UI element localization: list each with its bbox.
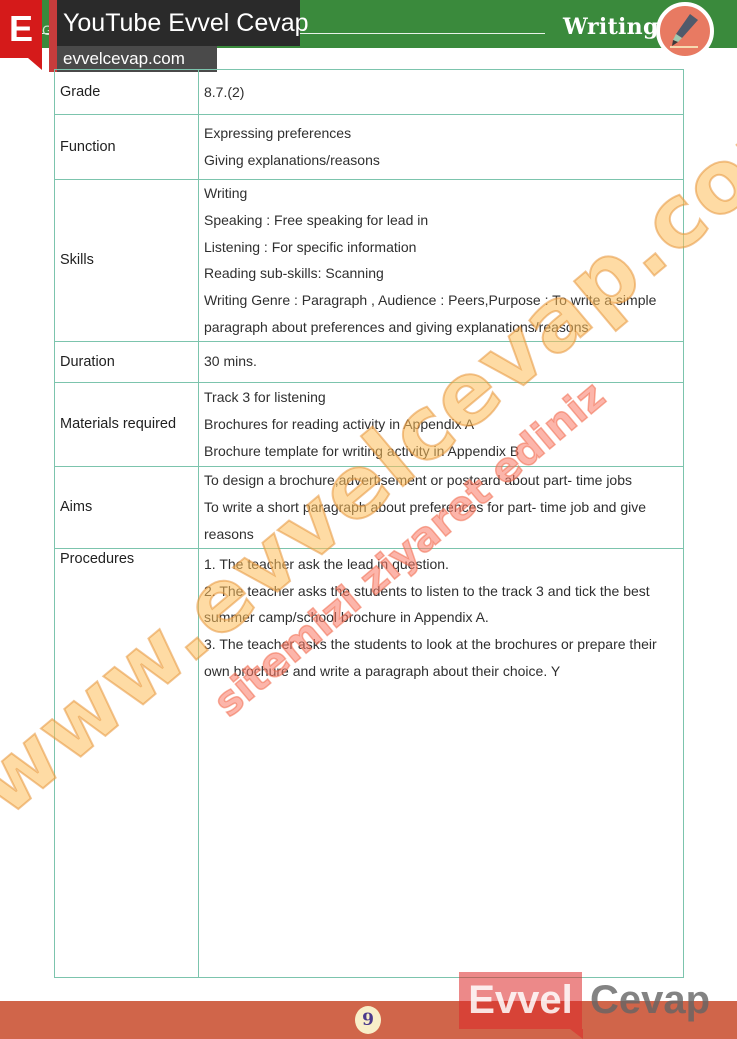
value-line: Track 3 for listening [204,384,678,411]
value-line: 30 mins. [204,348,678,375]
lesson-plan-table: Grade8.7.(2)FunctionExpressing preferenc… [54,69,684,978]
value-line: Brochure template for writing activity i… [204,438,678,465]
value-line: Reading sub-skills: Scanning [204,260,678,287]
value-line: 8.7.(2) [204,79,678,106]
row-label-procedures: Procedures [55,548,199,977]
table-row: Grade8.7.(2) [55,70,684,115]
brand-logo: E [0,0,42,58]
page-number: 9 [355,1006,381,1034]
row-value-function: Expressing preferencesGiving explanation… [199,115,684,180]
value-line: To design a brochure,advertisement or po… [204,467,678,494]
value-line: Giving explanations/reasons [204,147,678,174]
table-row: Procedures1. The teacher ask the lead in… [55,548,684,977]
row-value-procedures: 1. The teacher ask the lead in question.… [199,548,684,977]
section-title: Writing [563,14,659,40]
row-label-duration: Duration [55,341,199,382]
row-label-grade: Grade [55,70,199,115]
table-row: AimsTo design a brochure,advertisement o… [55,466,684,548]
value-line: Speaking : Free speaking for lead in [204,207,678,234]
value-line: 2. The teacher asks the students to list… [204,578,678,605]
row-value-duration: 30 mins. [199,341,684,382]
footer-brand-cevap: Cevap [590,972,710,1029]
value-line: To write a short paragraph about prefere… [204,494,678,521]
value-line: Listening : For specific information [204,234,678,261]
table-row: SkillsWritingSpeaking : Free speaking fo… [55,180,684,342]
value-line: Brochures for reading activity in Append… [204,411,678,438]
pen-icon [656,2,714,60]
brand-stripe [49,0,57,72]
row-label-function: Function [55,115,199,180]
footer-brand-tail [570,1029,583,1039]
value-line: reasons [204,521,678,548]
brand-youtube-label: YouTube Evvel Cevap [57,0,300,46]
row-label-aims: Aims [55,466,199,548]
table-row: Duration30 mins. [55,341,684,382]
table-row: FunctionExpressing preferencesGiving exp… [55,115,684,180]
value-line: 1. The teacher ask the lead in question. [204,551,678,578]
value-line: own brochure and write a paragraph about… [204,658,678,685]
row-value-skills: WritingSpeaking : Free speaking for lead… [199,180,684,342]
row-label-skills: Skills [55,180,199,342]
value-line: paragraph about preferences and giving e… [204,314,678,341]
row-value-materials-required: Track 3 for listeningBrochures for readi… [199,382,684,466]
footer-brand-evvel: Evvel [459,972,582,1029]
row-label-materials-required: Materials required [55,382,199,466]
value-line: summer camp/school brochure in Appendix … [204,604,678,631]
value-line: Writing [204,180,678,207]
value-line: 3. The teacher asks the students to look… [204,631,678,658]
row-value-aims: To design a brochure,advertisement or po… [199,466,684,548]
row-value-grade: 8.7.(2) [199,70,684,115]
value-line: Writing Genre : Paragraph , Audience : P… [204,287,678,314]
brand-logo-tail [28,58,42,70]
value-line: Expressing preferences [204,120,678,147]
table-row: Materials requiredTrack 3 for listeningB… [55,382,684,466]
